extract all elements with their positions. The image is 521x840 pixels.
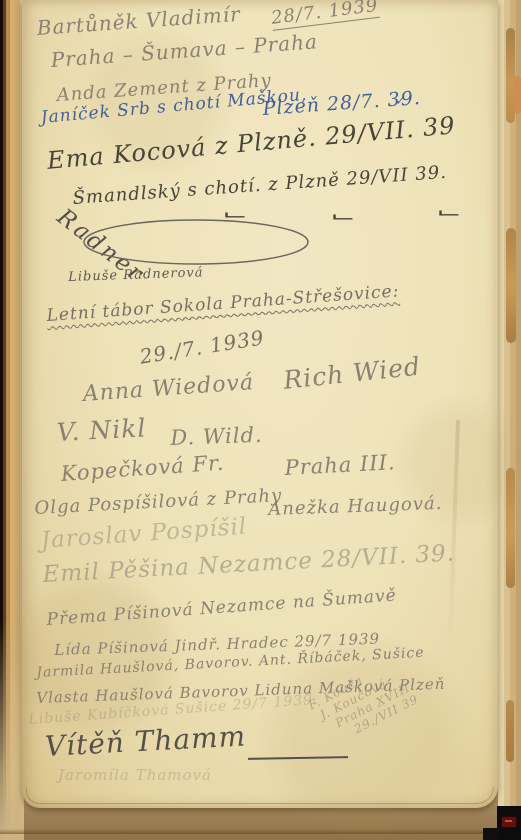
red-marker-chip xyxy=(501,816,517,828)
ditto-mark: ⌐ xyxy=(222,205,249,226)
ditto-mark: ⌐ xyxy=(436,203,463,224)
scan-corner-black xyxy=(497,806,521,840)
page-edge-stain xyxy=(506,700,514,762)
page-edge-stain xyxy=(506,228,516,343)
page-edge-stain xyxy=(506,468,515,588)
handwritten-entry: D. Wild. xyxy=(170,423,263,450)
guestbook-page-scan: Bartůněk Vladimír 28/7. 1939 Praha – Šum… xyxy=(0,0,521,840)
binding-fade xyxy=(0,620,24,840)
ditto-mark: ⌐ xyxy=(330,207,357,228)
bottom-crease xyxy=(0,829,521,834)
edge-smudge xyxy=(514,76,521,114)
handwritten-entry: V. Nikl xyxy=(56,413,147,447)
check-mark-icon: ✓ xyxy=(394,93,406,108)
handwritten-entry: Jaromíla Thamová xyxy=(58,766,212,784)
page-bottom-edge-line xyxy=(26,787,494,804)
signature-flourish-oval xyxy=(78,216,313,268)
